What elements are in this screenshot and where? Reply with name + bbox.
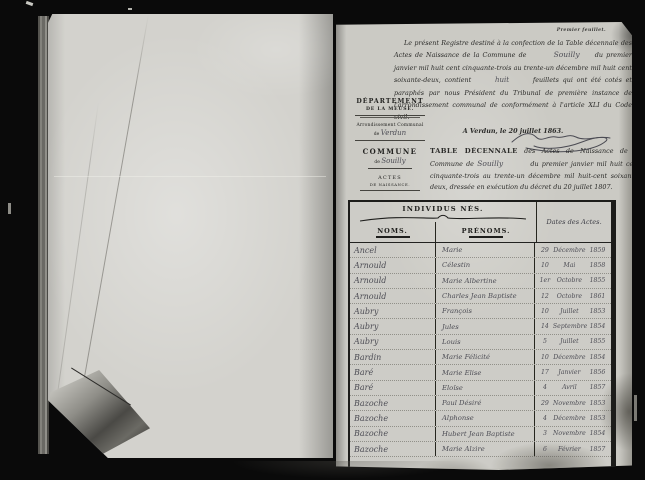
date-year: 1853 — [586, 415, 609, 422]
date-day: 1er — [537, 277, 553, 284]
divider-rule — [368, 168, 412, 169]
date-month: Décembre — [553, 247, 586, 254]
decennale-title: TABLE DÉCENNALE — [430, 147, 518, 155]
date-month: Février — [553, 446, 586, 453]
nom-cell: Baré — [350, 365, 436, 379]
divider-rule — [360, 117, 420, 118]
prenom-cell: Marie Félicité — [436, 350, 535, 364]
date-month: Novembre — [553, 430, 586, 437]
date-cell: 6Février1857 — [535, 442, 611, 456]
arrondissement-name-handwritten: Verdun — [381, 129, 406, 137]
date-year: 1853 — [586, 400, 609, 407]
date-month: Avril — [553, 384, 586, 391]
prenom-cell: Alphonse — [436, 411, 535, 425]
header-underline — [469, 236, 503, 238]
date-cell: 10Juillet1853 — [535, 304, 611, 318]
nom-cell: Aubry — [350, 304, 436, 318]
date-year: 1856 — [586, 369, 609, 376]
nom-cell: Arnould — [350, 289, 436, 303]
scan-speck — [128, 8, 132, 10]
table-row: BardinMarie Félicité10Décembre1854 — [350, 350, 611, 365]
date-day: 4 — [537, 415, 553, 422]
date-month: Décembre — [553, 415, 586, 422]
stacked-page-edges — [38, 16, 49, 454]
table-row: AubryJules14Septembre1854 — [350, 319, 611, 334]
feuillets-count-handwritten: huit — [495, 76, 509, 84]
date-day: 10 — [537, 308, 553, 315]
header-brace-ornament — [357, 214, 529, 222]
table-row: BazocheMarie Alzire6Février1857 — [350, 442, 611, 457]
divider-rule — [355, 140, 425, 141]
register-book-scan: Premier feuillet. Le présent Registre de… — [0, 0, 645, 480]
date-cell: 4Décembre1853 — [535, 411, 611, 425]
page-scratch — [54, 176, 326, 177]
date-day: 10 — [537, 262, 553, 269]
date-cell: 5Juillet1855 — [535, 335, 611, 349]
nom-cell: Aubry — [350, 335, 436, 349]
prenom-cell: Charles Jean Baptiste — [436, 289, 535, 303]
commune-de: de — [374, 160, 380, 165]
date-cell: 12Octobre1861 — [535, 289, 611, 303]
prenom-cell: François — [436, 304, 535, 318]
scan-smudge — [230, 461, 460, 479]
table-row: AubryLouis5Juillet1855 — [350, 335, 611, 350]
prenom-cell: Marie Alzire — [436, 442, 535, 456]
individus-nes-group: INDIVIDUS NÉS. NOMS. PRÉNOMS. — [350, 202, 536, 242]
date-month: Décembre — [553, 354, 586, 361]
prenom-cell: Marie Albertine — [436, 274, 535, 288]
column-header-prenoms: PRÉNOMS. — [436, 222, 536, 242]
date-year: 1854 — [586, 354, 609, 361]
date-cell: 1erOctobre1855 — [535, 274, 611, 288]
date-cell: 4Avril1857 — [535, 381, 611, 395]
nom-cell: Baré — [350, 381, 436, 395]
actes-label: ACTES — [338, 175, 442, 181]
nom-cell: Aubry — [350, 319, 436, 333]
date-cell: 17Janvier1856 — [535, 365, 611, 379]
prenom-cell: Paul Désiré — [436, 396, 535, 410]
dates-label: Dates des Actes. — [546, 218, 601, 226]
table-row: BazochePaul Désiré29Novembre1853 — [350, 396, 611, 411]
date-year: 1859 — [586, 247, 609, 254]
date-day: 14 — [537, 323, 553, 330]
folio-label: Premier feuillet. — [557, 28, 606, 33]
date-month: Juillet — [553, 308, 586, 315]
divider-rule — [360, 190, 420, 191]
date-day: 4 — [537, 384, 553, 391]
arrondissement-label: Arrondissement Communal — [338, 123, 442, 128]
prenom-cell: Louis — [436, 335, 535, 349]
table-row: BaréMarie Elise17Janvier1856 — [350, 365, 611, 380]
departement-name: DE LA MEUSE. — [338, 107, 442, 112]
date-day: 5 — [537, 338, 553, 345]
nom-cell: Bazoche — [350, 411, 436, 425]
table-row: ArnouldMarie Albertine1erOctobre1855 — [350, 274, 611, 289]
nom-cell: Bardin — [350, 350, 436, 364]
commune-name-line: de Souilly — [338, 157, 442, 165]
date-month: Octobre — [553, 277, 586, 284]
noms-label: NOMS. — [377, 227, 408, 235]
commune-name-handwritten: Souilly — [477, 159, 503, 168]
date-year: 1855 — [586, 338, 609, 345]
date-month: Octobre — [553, 293, 586, 300]
date-year: 1854 — [586, 323, 609, 330]
commune-name-handwritten: Souilly — [381, 157, 405, 165]
nom-cell: Arnould — [350, 274, 436, 288]
prenom-cell: Hubert Jean Baptiste — [436, 427, 535, 441]
prenom-cell: Marie Elise — [436, 365, 535, 379]
nom-cell: Ancel — [350, 243, 436, 257]
column-header-noms: NOMS. — [350, 222, 436, 242]
table-body: AncelMarie29Décembre1859ArnouldCélestin1… — [350, 243, 611, 468]
date-year: 1858 — [586, 262, 609, 269]
prenom-cell: Célestin — [436, 258, 535, 272]
table-header: INDIVIDUS NÉS. NOMS. PRÉNOMS. — [350, 202, 611, 243]
date-year: 1857 — [586, 446, 609, 453]
date-day: 3 — [537, 430, 553, 437]
prenoms-label: PRÉNOMS. — [462, 227, 511, 235]
births-registry-table: INDIVIDUS NÉS. NOMS. PRÉNOMS. — [348, 200, 616, 468]
date-year: 1854 — [586, 430, 609, 437]
column-header-dates: Dates des Actes. — [536, 202, 611, 242]
date-day: 29 — [537, 400, 553, 407]
date-year: 1855 — [586, 277, 609, 284]
nom-cell: Bazoche — [350, 396, 436, 410]
table-row: BazocheAlphonse4Décembre1853 — [350, 411, 611, 426]
table-decennale-heading: TABLE DÉCENNALE des Actes de Naissance d… — [430, 146, 640, 194]
date-cell: 14Septembre1854 — [535, 319, 611, 333]
date-month: Novembre — [553, 400, 586, 407]
scan-speck — [8, 203, 11, 214]
date-cell: 10Décembre1854 — [535, 350, 611, 364]
arrondissement-name-line: de Verdun — [338, 129, 442, 137]
date-year: 1853 — [586, 308, 609, 315]
scan-speck — [634, 395, 637, 421]
date-cell: 29Novembre1853 — [535, 396, 611, 410]
prenom-cell: Jules — [436, 319, 535, 333]
group-header-label: INDIVIDUS NÉS. — [402, 205, 483, 213]
date-day: 10 — [537, 354, 553, 361]
marginal-stamps: DÉPARTEMENT DE LA MEUSE. Arrondissement … — [338, 98, 442, 191]
commune-label: COMMUNE — [338, 147, 442, 156]
arrondissement-de: de — [374, 132, 380, 137]
prenom-cell: Eloïse — [436, 381, 535, 395]
date-day: 29 — [537, 247, 553, 254]
scan-speck — [26, 1, 34, 6]
nom-cell: Arnould — [350, 258, 436, 272]
prenom-cell: Marie — [436, 243, 535, 257]
right-page-register: Premier feuillet. Le présent Registre de… — [336, 22, 632, 470]
date-month: Mai — [553, 262, 586, 269]
left-page-blank — [48, 14, 333, 458]
date-month: Janvier — [553, 369, 586, 376]
date-cell: 3Novembre1854 — [535, 427, 611, 441]
nom-cell: Bazoche — [350, 427, 436, 441]
table-row: BaréEloïse4Avril1857 — [350, 381, 611, 396]
table-row: ArnouldCharles Jean Baptiste12Octobre186… — [350, 289, 611, 304]
date-month: Septembre — [553, 323, 586, 330]
commune-name-handwritten: Souilly — [554, 50, 580, 59]
table-row: AncelMarie29Décembre1859 — [350, 243, 611, 258]
actes-sublabel: DE NAISSANCE. — [338, 182, 442, 187]
date-year: 1861 — [586, 293, 609, 300]
header-underline — [376, 236, 410, 238]
date-cell: 29Décembre1859 — [535, 243, 611, 257]
date-year: 1857 — [586, 384, 609, 391]
date-cell: 10Mai1858 — [535, 258, 611, 272]
date-day: 12 — [537, 293, 553, 300]
sub-headers: NOMS. PRÉNOMS. — [350, 222, 536, 242]
table-row: AubryFrançois10Juillet1853 — [350, 304, 611, 319]
date-day: 17 — [537, 369, 553, 376]
table-row: ArnouldCélestin10Mai1858 — [350, 258, 611, 273]
departement-label: DÉPARTEMENT — [338, 98, 442, 105]
nom-cell: Bazoche — [350, 442, 436, 456]
table-row: BazocheHubert Jean Baptiste3Novembre1854 — [350, 427, 611, 442]
date-month: Juillet — [553, 338, 586, 345]
date-day: 6 — [537, 446, 553, 453]
divider-rule — [355, 115, 425, 116]
